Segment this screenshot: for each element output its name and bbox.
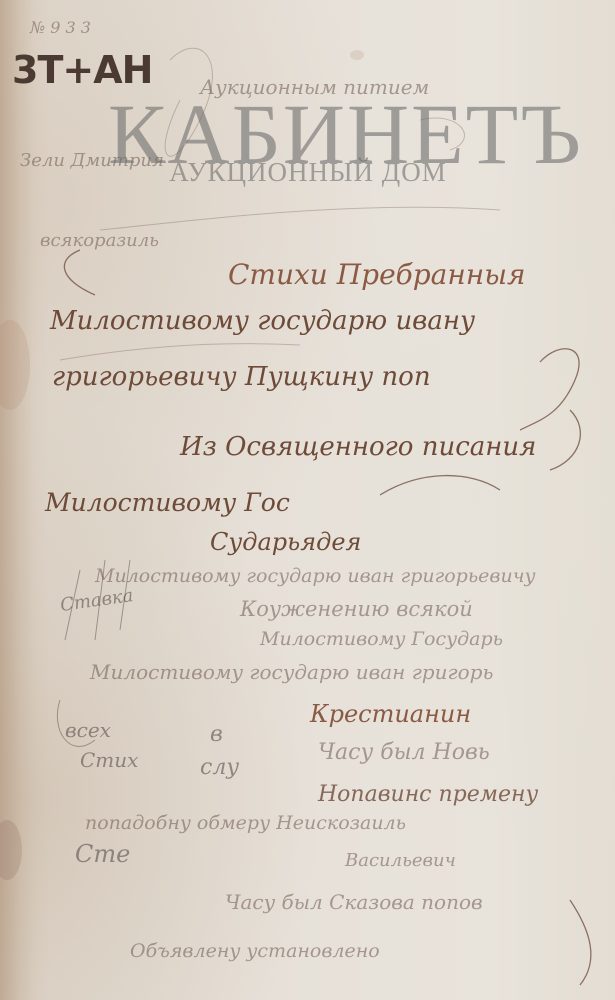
manuscript-line: Из Освященного писания — [180, 432, 536, 462]
margin-note: слу — [200, 755, 239, 780]
manuscript-line: Нопавинс премену — [318, 782, 538, 807]
manuscript-line: Васильевич — [345, 850, 456, 871]
margin-note: Сте — [75, 840, 130, 868]
margin-note: всех — [65, 718, 111, 742]
manuscript-line: Стихи Пребранныя — [228, 258, 526, 291]
manuscript-line: Милостивому Государь — [260, 628, 503, 650]
manuscript-line: Сударьядея — [210, 528, 361, 556]
manuscript-line: попадобну обмеру Неискозаиль — [85, 812, 406, 834]
manuscript-line: григорьевичу Пущкину поп — [52, 362, 431, 392]
margin-note: в — [210, 722, 223, 747]
manuscript-line: Объявлену установлено — [130, 940, 380, 962]
manuscript-line: Часу был Сказова попов — [225, 890, 483, 914]
top-note: № 9 3 3 — [30, 18, 91, 37]
manuscript-page: № 9 3 3 3Т+АН Аукционным питием Зели Дми… — [0, 0, 615, 1000]
manuscript-line: Коуженению всякой — [240, 597, 473, 621]
manuscript-line: Милостивому государю иван григорьевичу — [95, 565, 536, 587]
manuscript-line: Милостивому государю ивану — [50, 306, 475, 336]
manuscript-line: Крестианин — [310, 700, 471, 728]
manuscript-line: Милостивому Гос — [45, 488, 290, 517]
catalog-stamp: 3Т+АН — [12, 48, 152, 92]
manuscript-line: Милостивому государю иван григорь — [90, 660, 493, 684]
manuscript-line: Часу был Новь — [318, 740, 490, 765]
margin-note: Стих — [80, 748, 138, 772]
